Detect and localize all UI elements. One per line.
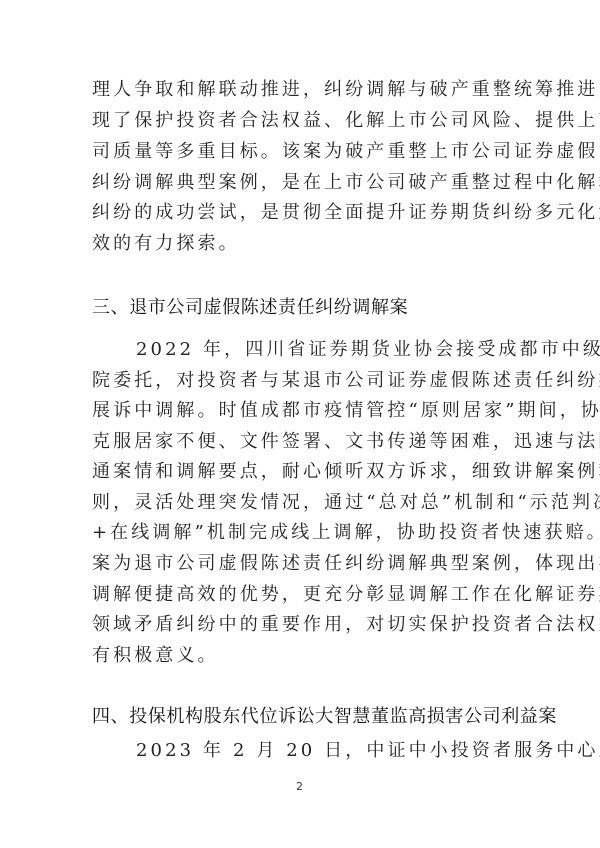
text-line: 领域矛盾纠纷中的重要作用，对切实保护投资者合法权益具 xyxy=(92,614,512,636)
document-page: 理人争取和解联动推进，纠纷调解与破产重整统筹推进，实 现了保护投资者合法权益、化… xyxy=(0,0,600,848)
section-heading: 三、退市公司虚假陈述责任纠纷调解案 xyxy=(92,297,408,319)
text-line: 理人争取和解联动推进，纠纷调解与破产重整统筹推进，实 xyxy=(92,79,512,101)
section-heading: 四、投保机构股东代位诉讼大智慧董监高损害公司利益案 xyxy=(92,706,557,728)
text-line: 案为退市公司虚假陈述责任纠纷调解典型案例，体现出在线 xyxy=(92,553,512,575)
text-line: 调解便捷高效的优势，更充分彰显调解工作在化解证券期货 xyxy=(92,584,512,606)
text-line: 院委托，对投资者与某退市公司证券虚假陈述责任纠纷案开 xyxy=(92,370,512,392)
text-line: 有积极意义。 xyxy=(92,645,512,667)
text-line: 克服居家不便、文件签署、文书传递等困难，迅速与法院沟 xyxy=(92,431,512,453)
text-line: 通案情和调解要点，耐心倾听双方诉求，细致讲解案例和规 xyxy=(92,461,512,483)
text-line: 2023 年 2 月 20 日，中证中小投资者服务中心发起的全 xyxy=(136,740,512,762)
text-line: 纠纷的成功尝试，是贯彻全面提升证券期货纠纷多元化解质 xyxy=(92,202,512,224)
page-number: 2 xyxy=(296,780,303,793)
text-line: 司质量等多重目标。该案为破产重整上市公司证券虚假陈述 xyxy=(92,141,512,163)
text-line: 则，灵活处理突发情况，通过“总对总”机制和“示范判决 xyxy=(92,492,512,514)
text-line: +在线调解”机制完成线上调解，协助投资者快速获赔。该 xyxy=(92,522,512,544)
text-line: 现了保护投资者合法权益、化解上市公司风险、提供上市公 xyxy=(92,110,512,132)
text-line: 效的有力探索。 xyxy=(92,233,512,255)
text-line: 纠纷调解典型案例，是在上市公司破产重整过程中化解群体 xyxy=(92,172,512,194)
text-line: 展诉中调解。时值成都市疫情管控“原则居家”期间，协会 xyxy=(92,400,512,422)
text-line: 2022 年，四川省证券期货业协会接受成都市中级人民法 xyxy=(136,339,512,361)
